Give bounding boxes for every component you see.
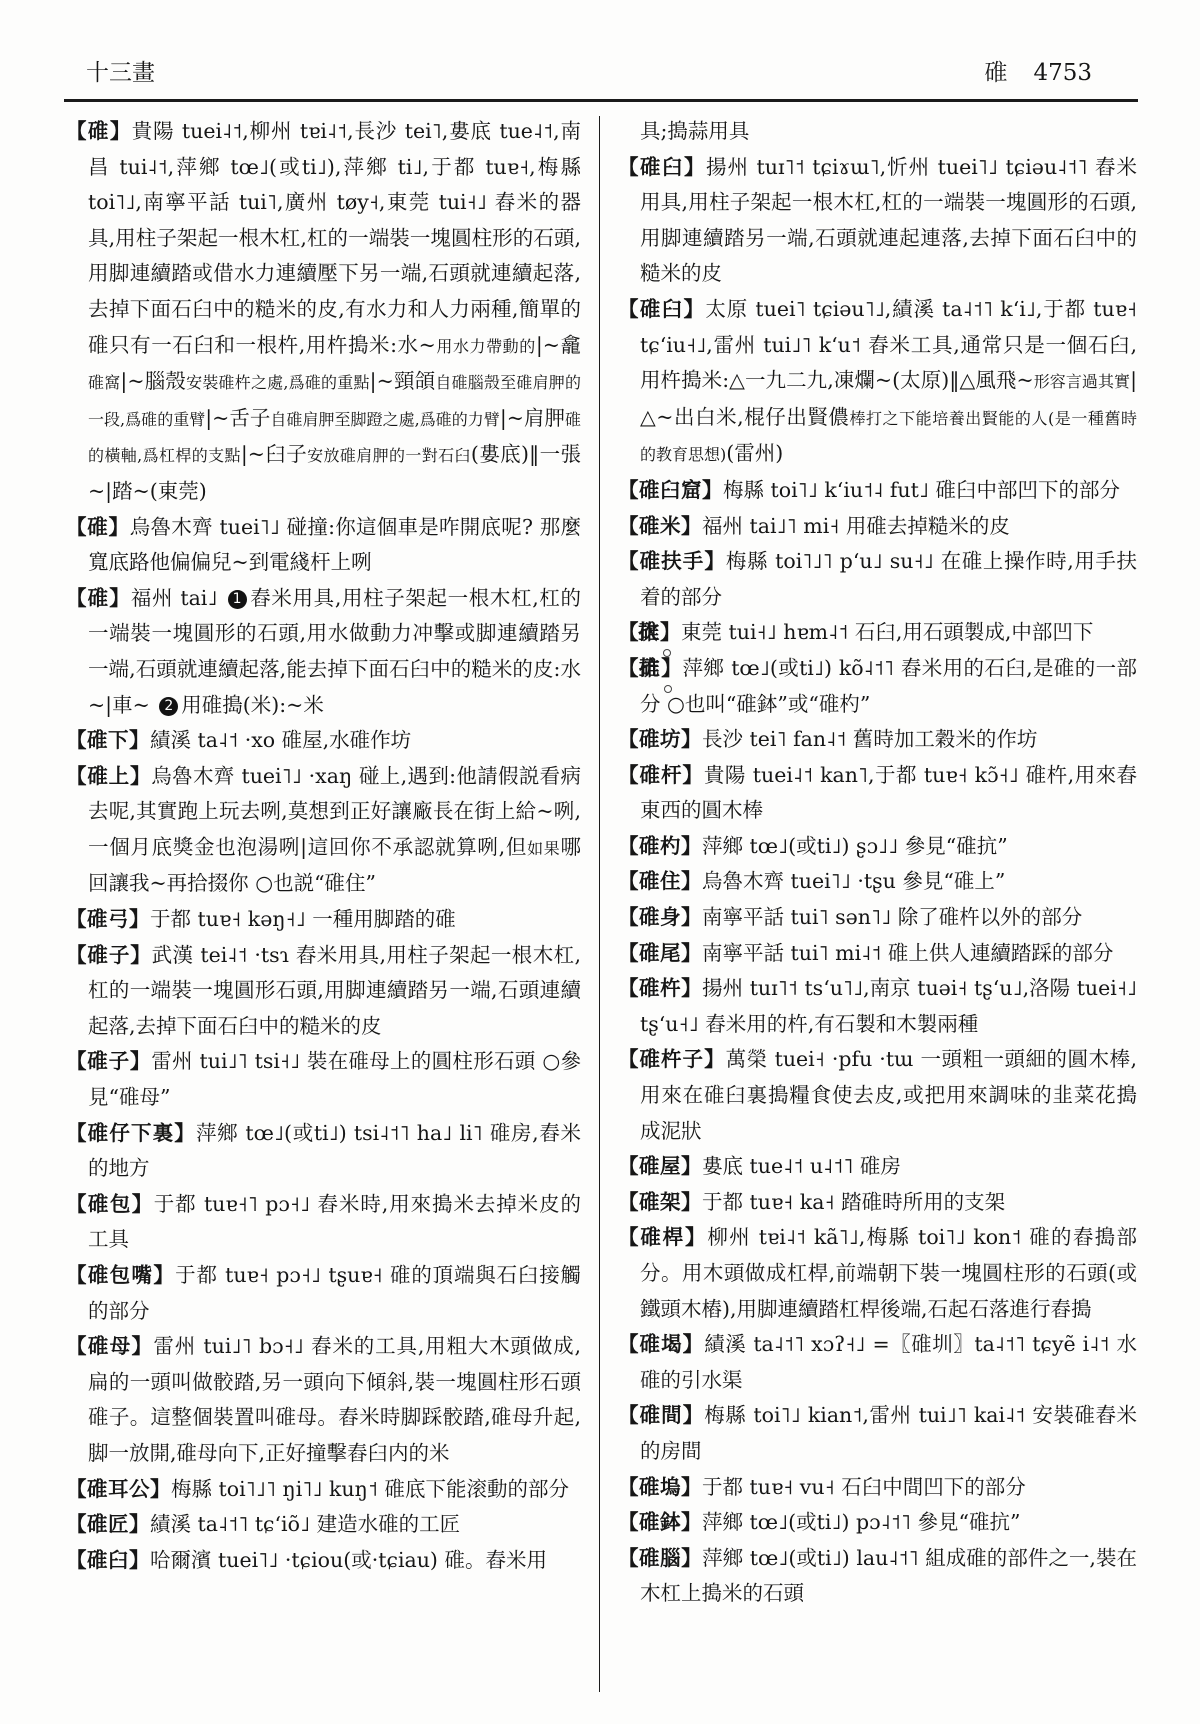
dictionary-entry: 【碓包嘴】于都 tuɐ˧ pɔ˧˩ tʂuɐ˧ 碓的頂端與石臼接觸的部分 <box>66 1258 581 1329</box>
header-entry-char: 碓 <box>984 60 1007 86</box>
dictionary-entry: 【碓子】雷州 tui˩˥ tsi˧˩ 裝在碓母上的圓柱形石頭 ○參見“碓母” <box>66 1044 581 1115</box>
dictionary-entry: 【碓臼】揚州 tuɪ˥˦ tɕiɤɯ˥,忻州 tuei˥˩ tɕiəu˨˦˥ 舂… <box>618 150 1137 292</box>
entry-text-run: 梅縣 toi˥˩˥ ŋi˥˩ kuŋ˦ 碓底下能滚動的部分 <box>171 1477 569 1501</box>
column-divider <box>599 116 600 1692</box>
page-header: 十三畫 碓4753 <box>86 54 1092 87</box>
entry-headword: 【碓匠】 <box>66 1512 150 1536</box>
dictionary-entry: 【碓尾】南寧平話 tui˥ mi˨˦ 碓上供人連續踏踩的部分 <box>618 936 1137 972</box>
dictionary-entry: 【碓扶手】梅縣 toi˥˩˥ pʻu˩ su˧˩ 在碓上操作時,用手扶着的部分 <box>618 544 1137 615</box>
dictionary-entry: 【碓腦】萍鄉 tœ˩(或ti˩) lau˨˦˥ 組成碓的部件之一,裝在木杠上搗米… <box>618 1541 1137 1612</box>
dictionary-entry: 【碓下】績溪 ta˨˦ ·xo 碓屋,水碓作坊 <box>66 723 581 759</box>
entry-text-run: 貴陽 tuei˨˦,柳州 tɐi˨˦,長沙 tei˥,婁底 tue˨˦,南昌 t… <box>88 119 581 357</box>
entry-headword: 【碓住】 <box>618 869 702 893</box>
dialect-char-ring-mark <box>664 685 672 693</box>
dictionary-entry: 【碓坊】長沙 tei˥ fan˨˦ 舊時加工穀米的作坊 <box>618 722 1137 758</box>
entry-text-run: 安放碓肩胛的一對石臼 <box>307 446 471 465</box>
entry-headword: 【碓坊】 <box>618 727 702 751</box>
entry-headword: 【碓桿】 <box>618 1225 707 1249</box>
entry-headword: 【碓弓】 <box>66 907 150 931</box>
dictionary-entry: 【碓母】雷州 tui˩˥ bɔ˧˩ 舂米的工具,用粗大木頭做成,扁的一頭叫做骹踏… <box>66 1329 581 1471</box>
entry-headword: 【碓堨】 <box>618 1332 704 1356</box>
entry-headword: 【碓耳公】 <box>66 1477 171 1501</box>
entry-headword: 【碓尾】 <box>618 941 702 965</box>
entry-text-run: 南寧平話 tui˥ sən˥˩ 除了碓杵以外的部分 <box>702 905 1082 929</box>
entry-text-run: (雷州) <box>726 441 783 465</box>
entry-text-run: 揚州 tuɪ˥˦ tsʻu˥˩,南京 tuəi˧ tʂʻu˩,洛陽 tuei˧˩… <box>640 976 1137 1036</box>
header-right: 碓4753 <box>984 54 1092 87</box>
entry-headword: 【碓塢】 <box>618 1475 702 1499</box>
entry-headword: 【碓杵子】 <box>618 1047 726 1071</box>
entry-headword: 【碓臼窟】 <box>618 478 723 502</box>
dictionary-entry: 【碓杵】揚州 tuɪ˥˦ tsʻu˥˩,南京 tuəi˧ tʂʻu˩,洛陽 tu… <box>618 971 1137 1042</box>
entry-headword: 【碓】 <box>66 119 132 143</box>
left-column: 【碓】貴陽 tuei˨˦,柳州 tɐi˨˦,長沙 tei˥,婁底 tue˨˦,南… <box>66 114 581 1696</box>
entry-text-run: 自碓肩胛至脚蹬之處,爲碓的力臂 <box>270 410 499 429</box>
dictionary-entry: 【碓弓】于都 tuɐ˧ kəŋ˧˩ 一種用脚踏的碓 <box>66 902 581 938</box>
dictionary-entry: 【碓住】烏魯木齊 tuei˥˩ ·tʂu 參見“碓上” <box>618 864 1137 900</box>
entry-headword: 【碓架】 <box>618 1190 702 1214</box>
entry-text-run: 碓窩 <box>88 373 120 392</box>
entry-headword: 【碓屋】 <box>618 1154 702 1178</box>
entry-headword: 【碓腦】 <box>618 1546 702 1570</box>
entry-text-run: 用碓搗(米):~米 <box>181 693 324 717</box>
entry-text-run: 梅縣 toi˥˩ kian˦,雷州 tui˩˥ kai˨˦ 安裝碓舂米的房間 <box>640 1403 1137 1463</box>
entry-text-run: |~頸頜 <box>370 369 436 393</box>
dictionary-entry: 【碓子】武漢 tei˨˦ ·tsɿ 舂米用具,用柱子架起一根木杠,杠的一端裝一塊… <box>66 938 581 1045</box>
entry-headword: 【碓抗】 <box>618 656 683 680</box>
entry-headword: 【碓鉢】 <box>618 1510 702 1534</box>
entry-text-run: 具;搗蒜用具 <box>640 119 749 143</box>
entry-text-run: 安裝碓杵之處,爲碓的重點 <box>186 373 370 392</box>
entry-text-run: 烏魯木齊 tuei˥˩ ·tʂu 參見“碓上” <box>702 869 1005 893</box>
entry-headword: 【碓包】 <box>66 1192 154 1216</box>
entry-text-run: 于都 tuɐ˧˥ pɔ˧˩ 舂米時,用來搗米去掉米皮的工具 <box>88 1192 581 1252</box>
entry-headword: 【碓杵】 <box>618 976 702 1000</box>
text-columns: 【碓】貴陽 tuei˨˦,柳州 tɐi˨˦,長沙 tei˥,婁底 tue˨˦,南… <box>66 114 1137 1696</box>
dictionary-entry: 【碓桿】柳州 tɐi˨˦ kã˥˩,梅縣 toi˥˩ kon˦ 碓的舂搗部分。用… <box>618 1220 1137 1327</box>
dictionary-entry: 【碓扻】東莞 tui˧˩ hɐm˨˦ 石臼,用石頭製成,中部凹下 <box>618 615 1137 651</box>
entry-headword: 【碓母】 <box>66 1334 153 1358</box>
entry-text-run: 績溪 ta˨˦˥ tɕʻiõ˩ 建造水碓的工匠 <box>150 1512 460 1536</box>
dictionary-entry: 【碓仔下裏】萍鄉 tœ˩(或ti˩) tsi˨˦˥ ha˩ li˥ 碓房,舂米的… <box>66 1116 581 1187</box>
entry-text-run: 用水力帶動的 <box>436 337 536 356</box>
entry-headword: 【碓臼】 <box>618 155 706 179</box>
entry-text-run: |~臼子 <box>241 442 307 466</box>
dictionary-entry: 【碓身】南寧平話 tui˥ sən˥˩ 除了碓杵以外的部分 <box>618 900 1137 936</box>
dictionary-entry: 【碓匠】績溪 ta˨˦˥ tɕʻiõ˩ 建造水碓的工匠 <box>66 1507 581 1543</box>
entry-headword: 【碓臼】 <box>66 1548 150 1572</box>
entry-text-run: 南寧平話 tui˥ mi˨˦ 碓上供人連續踏踩的部分 <box>702 941 1113 965</box>
entry-text-run: 萍鄉 tœ˩(或ti˩) kõ˨˦˥ 舂米用的石臼,是碓的一部分 ○也叫“碓鉢”… <box>640 656 1137 716</box>
entry-text-run: 萍鄉 tœ˩(或ti˩) ʂɔ˩˩ 參見“碓抗” <box>702 834 1008 858</box>
entry-text-run: 長沙 tei˥ fan˨˦ 舊時加工穀米的作坊 <box>702 727 1037 751</box>
entry-text-run: 東莞 tui˧˩ hɐm˨˦ 石臼,用石頭製成,中部凹下 <box>681 620 1093 644</box>
entry-text-run: 貴陽 tuei˨˦ kan˥,于都 tuɐ˧ kɔ̃˧˩ 碓杵,用來舂東西的圓木… <box>640 763 1137 823</box>
dictionary-entry: 【碓間】梅縣 toi˥˩ kian˦,雷州 tui˩˥ kai˨˦ 安裝碓舂米的… <box>618 1398 1137 1469</box>
entry-headword: 【碓扻】 <box>618 620 681 644</box>
dictionary-entry: 【碓抗】萍鄉 tœ˩(或ti˩) kõ˨˦˥ 舂米用的石臼,是碓的一部分 ○也叫… <box>618 651 1137 722</box>
entry-text-run: 哈爾濱 tuei˥˩ ·tɕiou(或·tɕiau) 碓。舂米用 <box>150 1548 547 1572</box>
entry-text-run: 烏魯木齊 tuei˥˩ 碰撞:你這個車是咋開底呢? 那麼寬底路他偏偏兒~到電綫杆… <box>88 515 581 575</box>
entry-text-run: 萍鄉 tœ˩(或ti˩) pɔ˨˦˥ 參見“碓抗” <box>702 1510 1020 1534</box>
entry-text-run: 于都 tuɐ˧ kəŋ˧˩ 一種用脚踏的碓 <box>150 907 456 931</box>
entry-headword: 【碓身】 <box>618 905 702 929</box>
dictionary-entry: 【碓臼】太原 tuei˥ tɕiəu˥˩,績溪 ta˨˦˥ kʻi˩,于都 tu… <box>618 292 1137 473</box>
entry-headword: 【碓】 <box>66 586 131 610</box>
entry-text-run: |~腦殼 <box>120 369 186 393</box>
entry-text-run: 于都 tuɐ˧ ka˧ 踏碓時所用的支架 <box>702 1190 1005 1214</box>
entry-text-run: 柳州 tɐi˨˦ kã˥˩,梅縣 toi˥˩ kon˦ 碓的舂搗部分。用木頭做成… <box>640 1225 1137 1320</box>
entry-headword: 【碓子】 <box>66 943 152 967</box>
dictionary-page: 十三畫 碓4753 【碓】貴陽 tuei˨˦,柳州 tɐi˨˦,長沙 tei˥,… <box>0 0 1200 1724</box>
entry-text-run: |~舌子 <box>205 406 270 430</box>
dictionary-entry: 【碓堨】績溪 ta˨˦˥ xɔʔ˧˩ =〖碓圳〗ta˨˦˥ tɕyẽ i˨˦ 水… <box>618 1327 1137 1398</box>
entry-text-run: 婁底 tue˨˦ u˨˦˥ 碓房 <box>702 1154 901 1178</box>
page-number: 4753 <box>1033 60 1092 86</box>
entry-text-run: 揚州 tuɪ˥˦ tɕiɤɯ˥,忻州 tuei˥˩ tɕiəu˨˦˥ 舂米用具,… <box>640 155 1137 286</box>
entry-headword: 【碓仔下裏】 <box>66 1121 196 1145</box>
dictionary-entry: 【碓杆】貴陽 tuei˨˦ kan˥,于都 tuɐ˧ kɔ̃˧˩ 碓杵,用來舂東… <box>618 758 1137 829</box>
dictionary-entry: 【碓臼】哈爾濱 tuei˥˩ ·tɕiou(或·tɕiau) 碓。舂米用 <box>66 1543 581 1579</box>
entry-text-run: 梅縣 toi˥˩ kʻiu˦˨ fut˩ 碓臼中部凹下的部分 <box>723 478 1120 502</box>
entry-text-run: 績溪 ta˨˦ ·xo 碓屋,水碓作坊 <box>150 728 411 752</box>
dictionary-entry: 【碓架】于都 tuɐ˧ ka˧ 踏碓時所用的支架 <box>618 1185 1137 1221</box>
dictionary-entry: 【碓上】烏魯木齊 tuei˥˩ ·xaŋ 碰上,遇到:他請假説看病去呢,其實跑上… <box>66 759 581 902</box>
entry-headword: 【碓臼】 <box>618 297 705 321</box>
dictionary-entry: 【碓杵子】萬榮 tuei˧ ·pfu ·tɯ 一頭粗一頭細的圓木棒,用來在碓臼裏… <box>618 1042 1137 1149</box>
dictionary-entry: 【碓塢】于都 tuɐ˧ vu˧ 石臼中間凹下的部分 <box>618 1470 1137 1506</box>
entry-headword: 【碓杆】 <box>618 763 704 787</box>
circled-sense-number: 2 <box>159 697 178 716</box>
entry-text-run: 于都 tuɐ˧ vu˧ 石臼中間凹下的部分 <box>702 1475 1026 1499</box>
entry-headword: 【碓下】 <box>66 728 150 752</box>
entry-headword: 【碓間】 <box>618 1403 704 1427</box>
entry-headword: 【碓上】 <box>66 764 151 788</box>
dictionary-entry: 【碓鉢】萍鄉 tœ˩(或ti˩) pɔ˨˦˥ 參見“碓抗” <box>618 1505 1137 1541</box>
right-column: 具;搗蒜用具【碓臼】揚州 tuɪ˥˦ tɕiɤɯ˥,忻州 tuei˥˩ tɕiə… <box>618 114 1137 1696</box>
dictionary-entry: 【碓】烏魯木齊 tuei˥˩ 碰撞:你這個車是咋開底呢? 那麼寬底路他偏偏兒~到… <box>66 510 581 581</box>
dictionary-entry: 【碓米】福州 tai˩˥ mi˧ 用碓去掉糙米的皮 <box>618 509 1137 545</box>
dictionary-entry: 【碓臼窟】梅縣 toi˥˩ kʻiu˦˨ fut˩ 碓臼中部凹下的部分 <box>618 473 1137 509</box>
entry-headword: 【碓米】 <box>618 514 702 538</box>
entry-headword: 【碓杓】 <box>618 834 702 858</box>
entry-text-run: 雷州 tui˩˥ bɔ˧˩ 舂米的工具,用粗大木頭做成,扁的一頭叫做骹踏,另一頭… <box>88 1334 581 1465</box>
dictionary-entry: 【碓】福州 tai˩ 1舂米用具,用柱子架起一根木杠,杠的一端裝一塊圓形的石頭,… <box>66 581 581 723</box>
entry-text-run: |~肩胛 <box>500 406 565 430</box>
dictionary-entry: 【碓耳公】梅縣 toi˥˩˥ ŋi˥˩ kuŋ˦ 碓底下能滚動的部分 <box>66 1472 581 1508</box>
entry-text-run: 如果 <box>527 839 560 858</box>
entry-text-run: 雷州 tui˩˥ tsi˧˩ 裝在碓母上的圓柱形石頭 ○參見“碓母” <box>88 1049 581 1109</box>
entry-headword: 【碓包嘴】 <box>66 1263 175 1287</box>
entry-text-run: 績溪 ta˨˦˥ xɔʔ˧˩ =〖碓圳〗ta˨˦˥ tɕyẽ i˨˦ 水碓的引水… <box>640 1332 1137 1392</box>
entry-headword: 【碓扶手】 <box>618 549 726 573</box>
dialect-char-ring-mark <box>663 649 671 657</box>
section-label: 十三畫 <box>86 54 155 87</box>
entry-headword: 【碓】 <box>66 515 130 539</box>
entry-text-run: 福州 tai˩ <box>131 586 225 610</box>
entry-text-run: 形容言過其實 <box>1034 372 1130 391</box>
dictionary-entry: 具;搗蒜用具 <box>618 114 1137 150</box>
entry-text-run: 福州 tai˩˥ mi˧ 用碓去掉糙米的皮 <box>702 514 1010 538</box>
header-rule <box>64 99 1138 102</box>
entry-text-run: 萍鄉 tœ˩(或ti˩) lau˨˦˥ 組成碓的部件之一,裝在木杠上搗米的石頭 <box>640 1546 1137 1606</box>
entry-text-run: 武漢 tei˨˦ ·tsɿ 舂米用具,用柱子架起一根木杠,杠的一端裝一塊圓形石頭… <box>88 943 581 1038</box>
dictionary-entry: 【碓杓】萍鄉 tœ˩(或ti˩) ʂɔ˩˩ 參見“碓抗” <box>618 829 1137 865</box>
entry-headword: 【碓子】 <box>66 1049 151 1073</box>
entry-text-run: 烏魯木齊 tuei˥˩ ·xaŋ 碰上,遇到:他請假説看病去呢,其實跑上玩去咧,… <box>88 764 581 859</box>
dictionary-entry: 【碓包】于都 tuɐ˧˥ pɔ˧˩ 舂米時,用來搗米去掉米皮的工具 <box>66 1187 581 1258</box>
dictionary-entry: 【碓】貴陽 tuei˨˦,柳州 tɐi˨˦,長沙 tei˥,婁底 tue˨˦,南… <box>66 114 581 510</box>
dictionary-entry: 【碓屋】婁底 tue˨˦ u˨˦˥ 碓房 <box>618 1149 1137 1185</box>
circled-sense-number: 1 <box>228 590 247 609</box>
entry-text-run: |~龕 <box>536 333 581 357</box>
